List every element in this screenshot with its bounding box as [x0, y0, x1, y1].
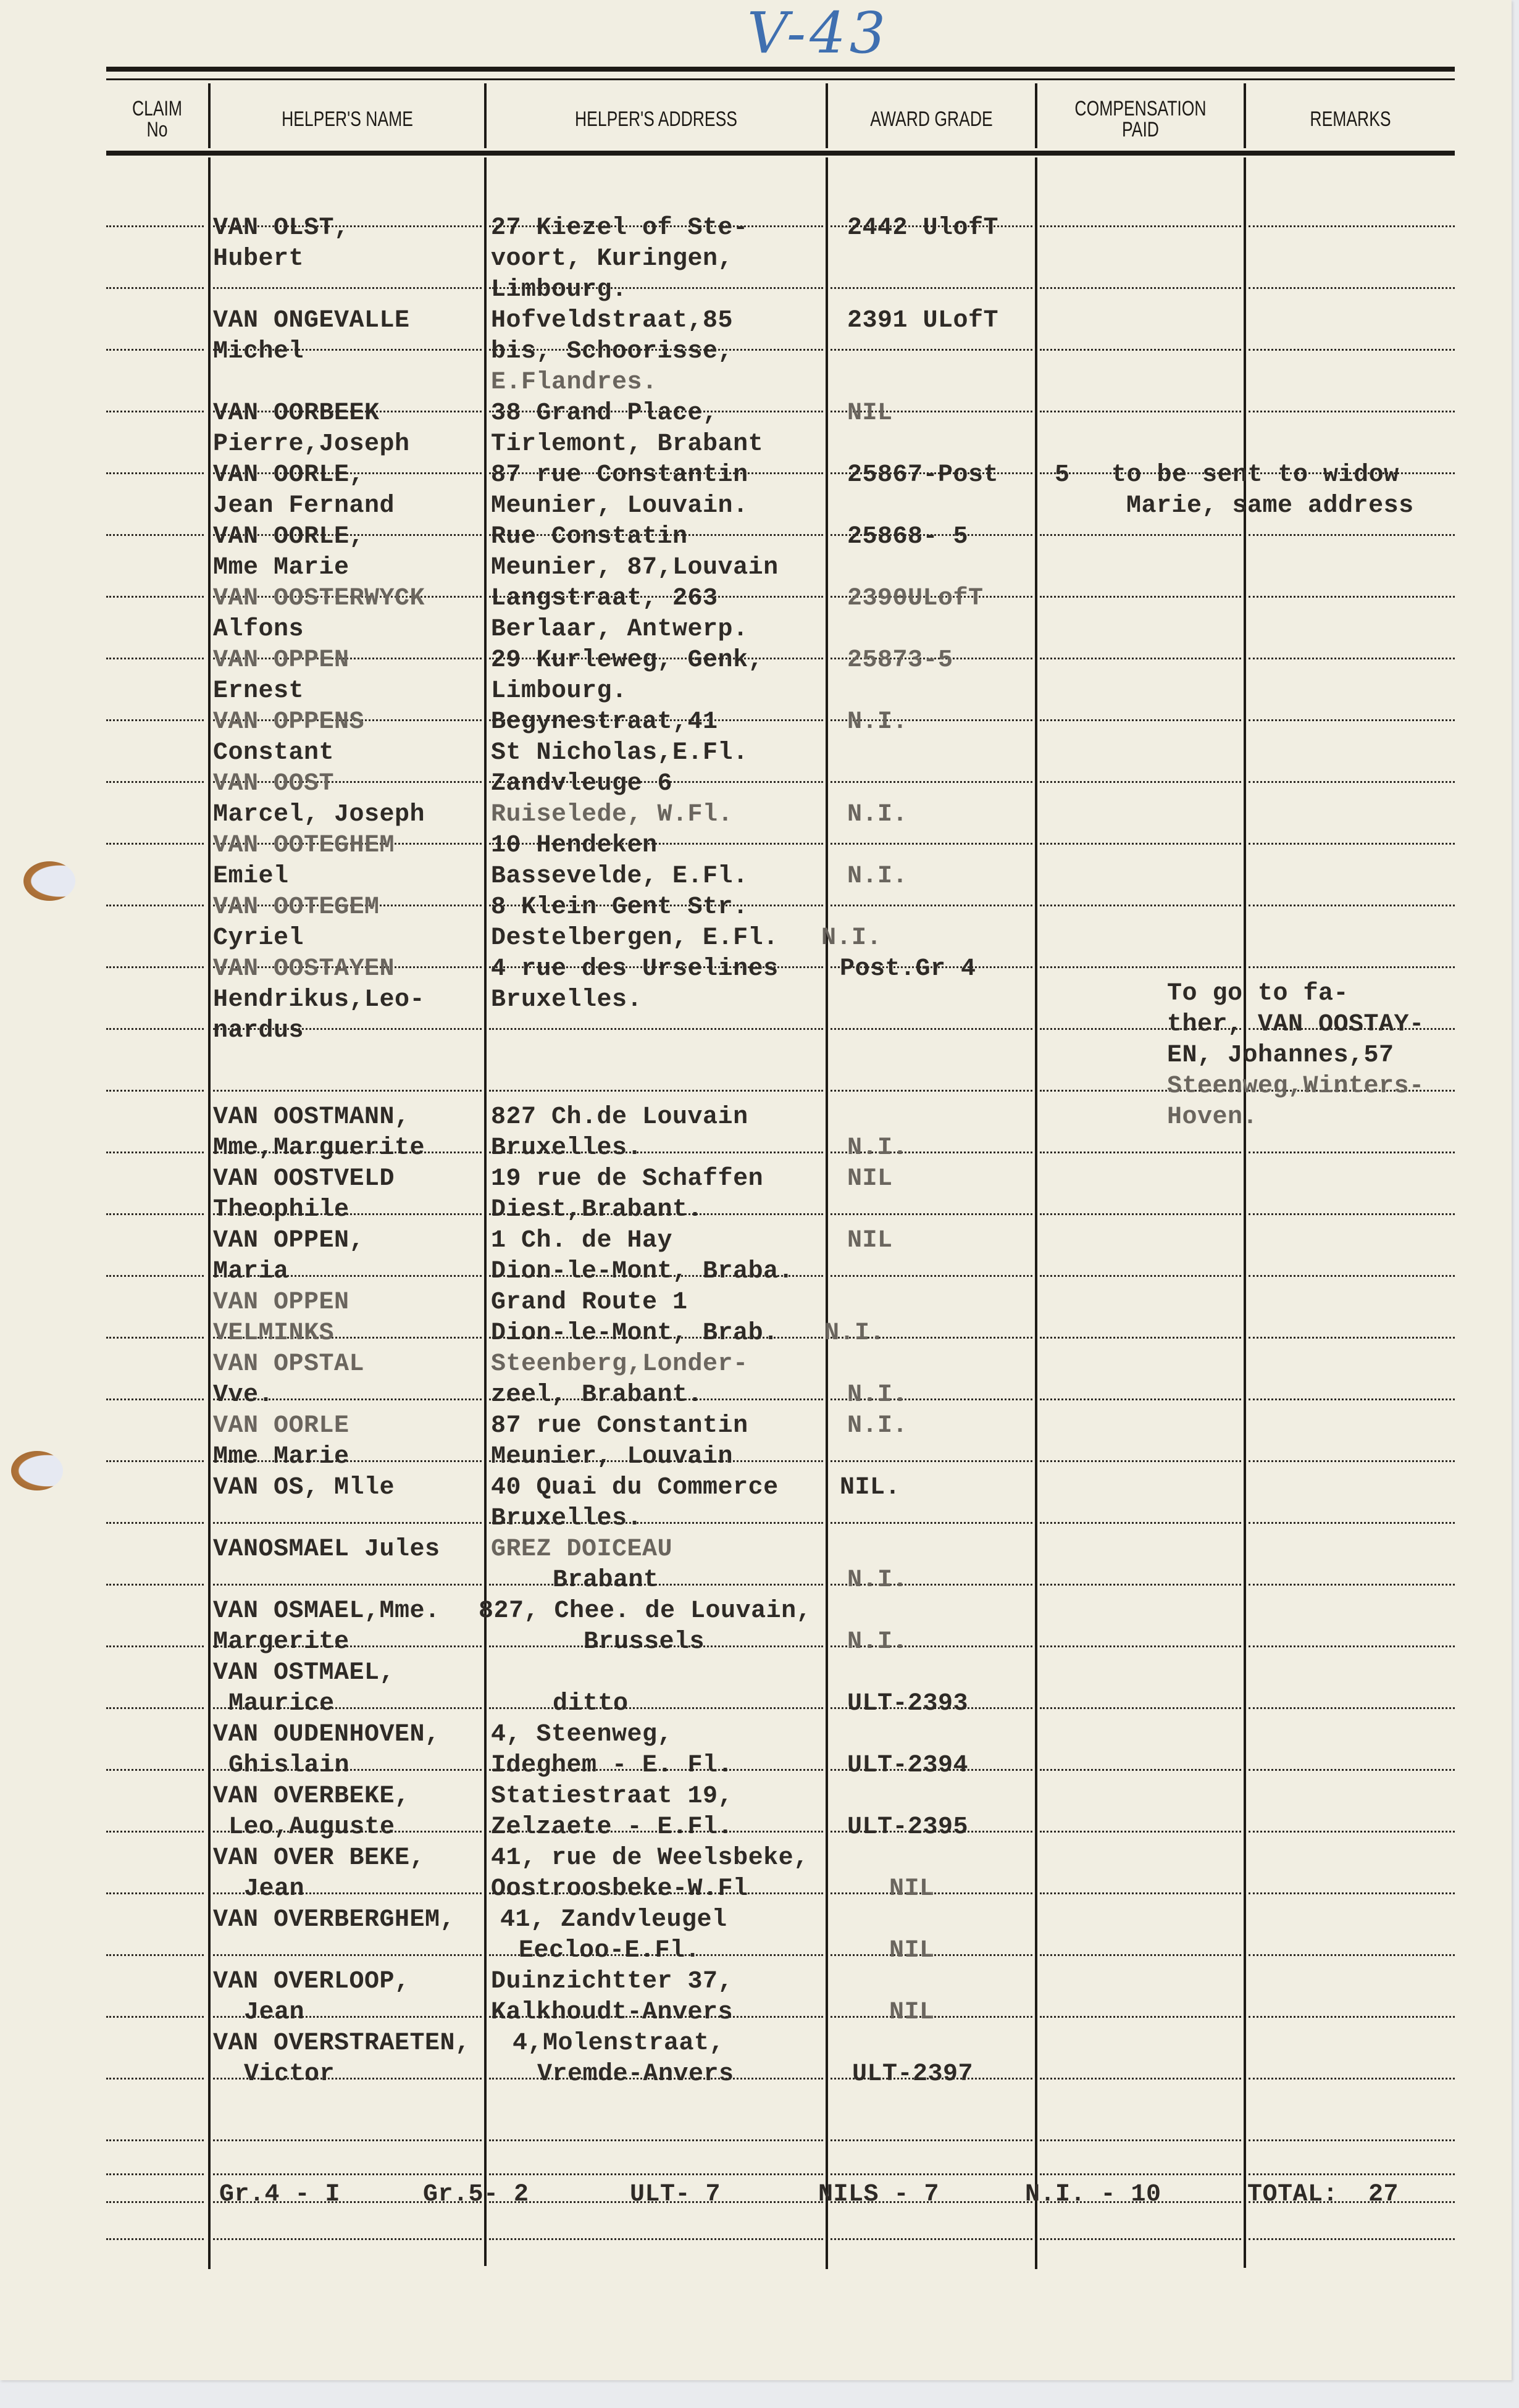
dotted-rule — [1249, 781, 1455, 783]
entry-address: 4,Molenstraat, — [513, 2028, 724, 2059]
dotted-rule — [1040, 1645, 1241, 1647]
dotted-rule — [1249, 658, 1455, 659]
entry-name: VAN OPPENS — [213, 707, 364, 738]
entry-name: VAN OOSTMANN, — [213, 1102, 410, 1133]
header-top-thin-rule — [106, 78, 1455, 80]
entry-name: VAN OOST — [213, 769, 334, 800]
dotted-rule — [1040, 1152, 1241, 1153]
dotted-rule — [106, 534, 204, 536]
entry-name: VAN OOTEGHEM — [213, 830, 395, 861]
dotted-rule — [106, 658, 204, 659]
entry-address: Limbourg. — [491, 275, 627, 306]
entry-award: NIL — [847, 1226, 893, 1256]
entry-remarks: EN, Johannes,57 — [1167, 1040, 1394, 1071]
dotted-rule — [1249, 2139, 1455, 2141]
entry-award: 2390ULofT — [847, 583, 984, 614]
entry-name: Marcel, Joseph — [213, 800, 425, 830]
dotted-rule — [106, 1090, 204, 1092]
entry-award: 2391 ULofT — [847, 306, 998, 337]
dotted-rule — [1249, 1398, 1455, 1400]
entry-address: Zelzaete - E.Fl. — [491, 1812, 733, 1843]
dotted-rule — [1040, 1213, 1241, 1215]
dotted-rule — [106, 2173, 204, 2175]
dotted-rule — [1040, 658, 1241, 659]
entry-address: zeel, Brabant. — [491, 1380, 703, 1411]
punch-hole-bottom — [11, 1451, 63, 1490]
dotted-rule — [106, 1152, 204, 1153]
entry-address: Duinzichtter 37, — [491, 1967, 733, 1997]
entry-name: VAN ONGEVALLE — [213, 306, 410, 337]
dotted-rule — [106, 2238, 204, 2240]
dotted-rule — [213, 2173, 482, 2175]
dotted-rule — [1249, 1707, 1455, 1709]
dotted-rule — [1040, 2078, 1241, 2080]
entry-address: Vremde-Anvers — [537, 2059, 734, 2090]
entry-award: 25867-Post — [847, 460, 998, 491]
dotted-rule — [106, 966, 204, 968]
entry-award: N.I. — [847, 1380, 908, 1411]
dotted-rule — [1040, 1398, 1241, 1400]
entry-address: E.Flandres. — [491, 367, 658, 398]
dotted-rule — [1040, 596, 1241, 598]
entry-award: NIL — [889, 1936, 935, 1967]
dotted-rule — [106, 2201, 204, 2203]
entry-award: 25873-5 — [847, 645, 953, 676]
dotted-rule — [1040, 1584, 1241, 1586]
dotted-rule — [106, 349, 204, 351]
dotted-rule — [831, 905, 1032, 906]
dotted-rule — [1249, 1275, 1455, 1277]
entry-address: ditto — [553, 1689, 629, 1720]
entry-address: Limbourg. — [491, 676, 627, 707]
dotted-rule — [1040, 2173, 1241, 2175]
dotted-rule — [1249, 411, 1455, 412]
entry-address: Kalkhoudt-Anvers — [491, 1997, 733, 2028]
entry-remarks: ther, VAN OOSTAY- — [1167, 1010, 1425, 1040]
entry-name: Maurice — [228, 1689, 335, 1720]
entry-name: Michel — [213, 337, 304, 367]
entry-address: Meunier, Louvain. — [491, 491, 748, 522]
entry-address: voort, Kuringen, — [491, 244, 733, 275]
dotted-rule — [1249, 1769, 1455, 1771]
handwritten-reference: V-43 — [747, 0, 889, 66]
entry-address: Berlaar, Antwerp. — [491, 614, 748, 645]
entry-name: VAN OS, Mlle — [213, 1473, 395, 1503]
entry-name: Mme,Marguerite — [213, 1133, 425, 1164]
entry-address: 827, Chee. de Louvain, — [479, 1596, 811, 1627]
entry-address: Ruiselede, W.Fl. — [491, 800, 733, 830]
header-compensation-paid: COMPENSATION PAID — [1060, 86, 1221, 152]
entry-name: VAN OSTMAEL, — [213, 1658, 395, 1689]
entry-address: 4, Steenweg, — [491, 1720, 672, 1750]
entry-name: VAN OPPEN, — [213, 1226, 364, 1256]
entry-award: NIL — [847, 398, 893, 429]
dotted-rule — [1249, 2016, 1455, 2018]
entry-address: Destelbergen, E.Fl. — [491, 923, 779, 954]
dotted-rule — [1249, 349, 1455, 351]
entry-remarks: Steenweg,Winters- — [1167, 1071, 1425, 1102]
entry-address: 40 Quai du Commerce — [491, 1473, 779, 1503]
entry-address: Meunier, 87,Louvain — [491, 553, 779, 583]
entry-award: N.I. — [847, 1411, 908, 1442]
entry-address: 41, rue de Weelsbeke, — [491, 1843, 809, 1874]
entry-address: GREZ DOICEAU — [491, 1534, 672, 1565]
dotted-rule — [489, 1707, 823, 1709]
dotted-rule — [1249, 534, 1455, 536]
dotted-rule — [1040, 534, 1241, 536]
entry-address: Bassevelde, E.Fl. — [491, 861, 748, 892]
dotted-rule — [1040, 349, 1241, 351]
entry-award: 25868- 5 — [847, 522, 968, 553]
dotted-rule — [1249, 1954, 1455, 1956]
entry-award: N.I. — [847, 800, 908, 830]
dotted-rule — [831, 1460, 1032, 1462]
dotted-rule — [1040, 781, 1241, 783]
dotted-rule — [106, 225, 204, 227]
total-nils: NILS - 7 — [818, 2180, 939, 2210]
total-ult: ULT- 7 — [630, 2180, 721, 2210]
dotted-rule — [106, 472, 204, 474]
entry-name: Hendrikus,Leo- — [213, 985, 425, 1016]
entry-award: N.I. — [824, 1318, 885, 1349]
dotted-rule — [831, 1090, 1032, 1092]
entry-address: Steenberg,Londer- — [491, 1349, 748, 1380]
dotted-rule — [213, 1954, 482, 1956]
entry-address: Brussels — [584, 1627, 705, 1658]
entry-compensation: 5 — [1055, 460, 1070, 491]
entry-address: St Nicholas,E.Fl. — [491, 738, 748, 769]
entry-award: N.I. — [847, 1565, 908, 1596]
dotted-rule — [106, 1522, 204, 1524]
header-helpers-name: HELPER'S NAME — [241, 86, 454, 152]
dotted-rule — [213, 1090, 482, 1092]
dotted-rule — [831, 781, 1032, 783]
dotted-rule — [831, 2173, 1032, 2175]
total-grade-5: Gr.5- 2 — [423, 2180, 529, 2210]
header-remarks: REMARKS — [1269, 86, 1432, 152]
entry-address: 8 Klein Gent Str. — [491, 892, 748, 923]
dotted-rule — [1040, 287, 1241, 289]
dotted-rule — [1249, 225, 1455, 227]
dotted-rule — [831, 349, 1032, 351]
entry-remarks: to be sent to widow — [1111, 460, 1399, 491]
entry-address: Statiestraat 19, — [491, 1781, 733, 1812]
entry-name: VELMINKS — [213, 1318, 334, 1349]
entry-name: VAN OOTEGEM — [213, 892, 380, 923]
entry-address: 1 Ch. de Hay — [491, 1226, 672, 1256]
entry-address: Grand Route 1 — [491, 1287, 688, 1318]
header-award-grade: AWARD GRADE — [851, 86, 1012, 152]
entry-address: Bruxelles. — [491, 1503, 642, 1534]
entry-address: 29 Kurleweg, Genk, — [491, 645, 763, 676]
entry-name: VANOSMAEL Jules — [213, 1534, 440, 1565]
dotted-rule — [489, 2139, 823, 2141]
entry-name: VAN OVERBERGHEM, — [213, 1905, 455, 1936]
dotted-rule — [106, 905, 204, 906]
dotted-rule — [1040, 843, 1241, 845]
dotted-rule — [489, 1090, 823, 1092]
entry-name: VAN OPPEN — [213, 645, 349, 676]
dotted-rule — [831, 1275, 1032, 1277]
dotted-rule — [213, 1584, 482, 1586]
entry-name: VAN OVERLOOP, — [213, 1967, 410, 1997]
dotted-rule — [1249, 1584, 1455, 1586]
dotted-rule — [213, 1522, 482, 1524]
dotted-rule — [1249, 1645, 1455, 1647]
entry-name: VAN OORBEEK — [213, 398, 380, 429]
header-claim-no: CLAIM No — [117, 86, 197, 152]
entry-address: Bruxelles. — [491, 985, 642, 1016]
entry-award: N.I. — [847, 707, 908, 738]
entry-address: Begynestraat,41 — [491, 707, 718, 738]
dotted-rule — [106, 1213, 204, 1215]
dotted-rule — [213, 2238, 482, 2240]
entry-address: Eecloo-E.Fl. — [519, 1936, 700, 1967]
entry-address: Dion-le-Mont, Braba. — [491, 1256, 793, 1287]
entry-address: Oostroosbeke-W.Fl — [491, 1874, 748, 1905]
dotted-rule — [831, 1213, 1032, 1215]
dotted-rule — [1249, 1522, 1455, 1524]
entry-address: 87 rue Constantin — [491, 1411, 748, 1442]
dotted-rule — [489, 1028, 823, 1030]
entry-address: 41, Zandvleugel — [500, 1905, 727, 1936]
entry-name: VAN OORLE, — [213, 522, 364, 553]
dotted-rule — [106, 2139, 204, 2141]
dotted-rule — [1249, 719, 1455, 721]
entry-award: ULT-2393 — [847, 1689, 968, 1720]
entry-address: Brabant — [553, 1565, 659, 1596]
dotted-rule — [106, 1645, 204, 1647]
header-top-thick-rule — [106, 67, 1455, 72]
col-divider-2 — [484, 83, 487, 148]
entry-name: Leo,Auguste — [228, 1812, 395, 1843]
dotted-rule — [106, 1892, 204, 1894]
entry-address: Bruxelles. — [491, 1133, 642, 1164]
total-all: TOTAL: 27 — [1247, 2180, 1399, 2210]
entry-name: VAN OSMAEL,Mme. — [213, 1596, 440, 1627]
body-col-divider-4 — [1035, 157, 1037, 2269]
entry-name: Victor — [244, 2059, 335, 2090]
entry-name: VAN OOSTVELD — [213, 1164, 395, 1195]
entry-name: Vve. — [213, 1380, 274, 1411]
entry-name: VAN OPSTAL — [213, 1349, 364, 1380]
dotted-rule — [213, 2139, 482, 2141]
dotted-rule — [106, 287, 204, 289]
entry-name: Cyriel — [213, 923, 304, 954]
col-divider-3 — [826, 83, 828, 148]
entry-award: 2442 UlofT — [847, 213, 998, 244]
entry-address: Hofveldstraat,85 — [491, 306, 733, 337]
entry-remarks: To go to fa- — [1167, 979, 1349, 1010]
dotted-rule — [1249, 1460, 1455, 1462]
entry-address: Diest,Brabant. — [491, 1195, 703, 1226]
entry-name: Mme Marie — [213, 553, 349, 583]
entry-name: VAN OLST, — [213, 213, 349, 244]
total-ni: N.I. - 10 — [1025, 2180, 1161, 2210]
entry-address: 87 rue Constantin — [491, 460, 748, 491]
entry-name: Ghislain — [228, 1750, 349, 1781]
dotted-rule — [1040, 1460, 1241, 1462]
entry-name: Mme Marie — [213, 1442, 349, 1473]
entry-name: VAN OVERBEKE, — [213, 1781, 410, 1812]
dotted-rule — [106, 719, 204, 721]
dotted-rule — [1249, 1152, 1455, 1153]
entry-name: Maria — [213, 1256, 289, 1287]
dotted-rule — [1040, 1275, 1241, 1277]
dotted-rule — [831, 843, 1032, 845]
entry-name: VAN OOSTAYEN — [213, 954, 395, 985]
entry-award: Post.Gr 4 — [840, 954, 976, 985]
entry-name: Constant — [213, 738, 334, 769]
dotted-rule — [1040, 2139, 1241, 2141]
entry-address: 27 Kiezel of Ste- — [491, 213, 748, 244]
dotted-rule — [1040, 1769, 1241, 1771]
header-helpers-address: HELPER'S ADDRESS — [524, 86, 788, 152]
dotted-rule — [1040, 1522, 1241, 1524]
body-col-divider-3 — [826, 157, 828, 2269]
entry-award: N.I. — [847, 1133, 908, 1164]
dotted-rule — [106, 1275, 204, 1277]
entry-award: N.I. — [821, 923, 882, 954]
dotted-rule — [1249, 843, 1455, 845]
dotted-rule — [106, 781, 204, 783]
dotted-rule — [1249, 966, 1455, 968]
punch-hole-top — [23, 861, 75, 901]
entry-address: 38 Grand Place, — [491, 398, 718, 429]
entry-award: N.I. — [847, 861, 908, 892]
total-grade-4: Gr.4 - I — [219, 2180, 340, 2210]
entry-award: ULT-2397 — [852, 2059, 973, 2090]
entry-name: Ernest — [213, 676, 304, 707]
dotted-rule — [1040, 1892, 1241, 1894]
entry-address: 827 Ch.de Louvain — [491, 1102, 748, 1133]
entry-award: NIL — [889, 1997, 935, 2028]
entry-name: VAN OUDENHOVEN, — [213, 1720, 440, 1750]
col-divider-5 — [1244, 83, 1246, 148]
dotted-rule — [1040, 1831, 1241, 1833]
dotted-rule — [1040, 225, 1241, 227]
col-divider-1 — [208, 83, 211, 148]
entry-award: ULT-2394 — [847, 1750, 968, 1781]
entry-name: Hubert — [213, 244, 304, 275]
entry-address: bis, Schoorisse, — [491, 337, 733, 367]
dotted-rule — [1040, 1954, 1241, 1956]
col-divider-4 — [1035, 83, 1037, 148]
entry-remarks: Marie, same address — [1126, 491, 1414, 522]
entry-name: Jean — [244, 1874, 304, 1905]
entry-name: VAN OORLE — [213, 1411, 349, 1442]
body-col-divider-1 — [208, 157, 211, 2269]
dotted-rule — [106, 2078, 204, 2080]
dotted-rule — [831, 1028, 1032, 1030]
dotted-rule — [831, 2139, 1032, 2141]
dotted-rule — [831, 287, 1032, 289]
dotted-rule — [1040, 966, 1241, 968]
dotted-rule — [1040, 905, 1241, 906]
dotted-rule — [831, 1522, 1032, 1524]
entry-name: Jean — [244, 1997, 304, 2028]
entry-award: NIL — [847, 1164, 893, 1195]
entry-address: Rue Constatin — [491, 522, 688, 553]
entry-address: Zandvleuge 6 — [491, 769, 672, 800]
dotted-rule — [106, 843, 204, 845]
dotted-rule — [106, 1831, 204, 1833]
dotted-rule — [106, 1707, 204, 1709]
entry-address: Dion-le-Mont, Brab. — [491, 1318, 779, 1349]
dotted-rule — [1040, 2238, 1241, 2240]
dotted-rule — [1040, 1337, 1241, 1339]
dotted-rule — [106, 411, 204, 412]
body-col-divider-2 — [484, 157, 487, 2266]
dotted-rule — [1249, 596, 1455, 598]
entry-name: Emiel — [213, 861, 289, 892]
entry-address: Tirlemont, Brabant — [491, 429, 763, 460]
entry-address: Meunier, Louvain — [491, 1442, 733, 1473]
entry-name: Margerite — [213, 1627, 349, 1658]
dotted-rule — [106, 2016, 204, 2018]
dotted-rule — [106, 1460, 204, 1462]
dotted-rule — [213, 287, 482, 289]
dotted-rule — [1040, 1707, 1241, 1709]
entry-name: VAN OORLE, — [213, 460, 364, 491]
entry-address: Ideghem - E. Fl. — [491, 1750, 733, 1781]
entry-name: VAN OVERSTRAETEN, — [213, 2028, 471, 2059]
entry-award: NIL. — [840, 1473, 900, 1503]
entry-name: Jean Fernand — [213, 491, 395, 522]
dotted-rule — [1040, 411, 1241, 412]
entry-award: ULT-2395 — [847, 1812, 968, 1843]
dotted-rule — [106, 1954, 204, 1956]
dotted-rule — [489, 2173, 823, 2175]
dotted-rule — [106, 596, 204, 598]
entry-award: NIL — [889, 1874, 935, 1905]
dotted-rule — [1249, 1213, 1455, 1215]
entry-name: nardus — [213, 1016, 304, 1047]
dotted-rule — [1040, 719, 1241, 721]
dotted-rule — [1040, 2016, 1241, 2018]
dotted-rule — [106, 1337, 204, 1339]
entry-name: VAN OOSTERWYCK — [213, 583, 425, 614]
dotted-rule — [1249, 1337, 1455, 1339]
dotted-rule — [1249, 1892, 1455, 1894]
dotted-rule — [106, 1584, 204, 1586]
entry-name: Pierre,Joseph — [213, 429, 410, 460]
entry-name: Alfons — [213, 614, 304, 645]
dotted-rule — [1249, 287, 1455, 289]
entry-award: N.I. — [847, 1627, 908, 1658]
dotted-rule — [1249, 1831, 1455, 1833]
dotted-rule — [1249, 905, 1455, 906]
dotted-rule — [489, 2238, 823, 2240]
entry-address: Langstraat, 263 — [491, 583, 718, 614]
entry-address: 19 rue de Schaffen — [491, 1164, 763, 1195]
dotted-rule — [1249, 2078, 1455, 2080]
dotted-rule — [831, 2238, 1032, 2240]
dotted-rule — [1249, 2173, 1455, 2175]
document-page: V-43 CLAIM No HELPER'S NAME HELPER'S ADD… — [0, 0, 1512, 2380]
entry-address: 4 rue des Urselines — [491, 954, 779, 985]
entry-name: VAN OVER BEKE, — [213, 1843, 425, 1874]
entry-name: VAN OPPEN — [213, 1287, 349, 1318]
entry-name: Theophile — [213, 1195, 349, 1226]
entry-remarks: Hoven. — [1167, 1102, 1258, 1133]
dotted-rule — [106, 1769, 204, 1771]
dotted-rule — [106, 1028, 204, 1030]
dotted-rule — [106, 1398, 204, 1400]
entry-address: 10 Hendeken — [491, 830, 658, 861]
dotted-rule — [1249, 2238, 1455, 2240]
